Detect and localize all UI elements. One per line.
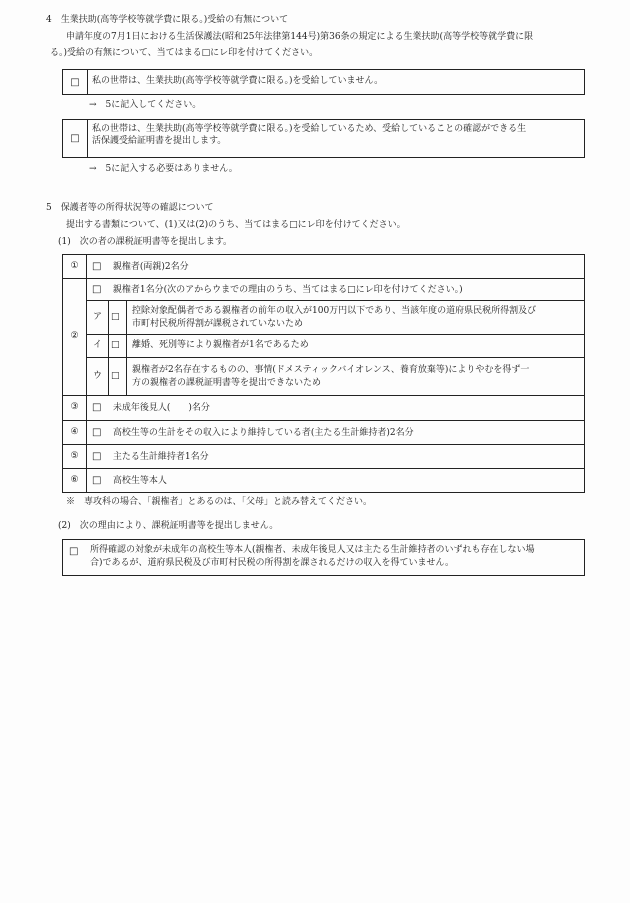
section4-intro-line1: 申請年度の7月1日における生活保護法(昭和25年法律第144号)第36条の規定に… <box>66 32 533 44</box>
sub-label: ア <box>87 301 109 335</box>
row-text-line1: 控除対象配偶者である親権者の前年の収入が100万円以下であり、当該年度の道府県民… <box>132 305 584 318</box>
row-text: 離婚、死別等により親権者が1名であるため <box>127 335 585 358</box>
checkbox[interactable]: □ <box>109 335 127 358</box>
checkbox[interactable]: □ <box>92 260 104 273</box>
section5-heading: 5 保護者等の所得状況等の確認について <box>46 203 214 215</box>
section4-option2-text-line2: 活保護受給証明書を提出します。 <box>92 136 578 148</box>
row-text: 控除対象配偶者である親権者の前年の収入が100万円以下であり、当該年度の道府県民… <box>127 301 585 335</box>
section5-part2-text: 所得確認の対象が未成年の高校生等本人(親権者、未成年後見人又は主たる生計維持者の… <box>90 544 535 569</box>
section5-footnote: ※ 専攻科の場合、「親権者」とあるのは、「父母」と読み替えてください。 <box>66 497 372 509</box>
row-text-line2: 方の親権者の課税証明書等を提出できないため <box>132 377 584 390</box>
row-number: ⑤ <box>63 445 87 469</box>
row-text: 親権者が2名存在するものの、事情(ドメスティックバイオレンス、養育放棄等)により… <box>127 358 585 396</box>
section4-option1-box: □ 私の世帯は、生業扶助(高等学校等就学費に限る。)を受給していません。 <box>62 69 585 95</box>
row-number: ② <box>63 279 87 396</box>
section4-option2-checkbox[interactable]: □ <box>63 120 88 157</box>
table-row-2b: イ □ 離婚、死別等により親権者が1名であるため <box>63 335 585 358</box>
row-content: □ 主たる生計維持者1名分 <box>87 445 585 469</box>
row-number: ③ <box>63 396 87 421</box>
table-row-6: ⑥ □ 高校生等本人 <box>63 469 585 493</box>
table-row-2a: ア □ 控除対象配偶者である親権者の前年の収入が100万円以下であり、当該年度の… <box>63 301 585 335</box>
checkbox[interactable]: □ <box>92 283 104 296</box>
section4-option2-box: □ 私の世帯は、生業扶助(高等学校等就学費に限る。)を受給しているため、受給して… <box>62 119 585 158</box>
row-text: 親権者(両親)2名分 <box>113 262 189 272</box>
section5-intro: 提出する書類について、(1)又は(2)のうち、当てはまる□にレ印を付けてください… <box>66 220 406 232</box>
row-text: 主たる生計維持者1名分 <box>113 452 209 462</box>
section4-option2-text: 私の世帯は、生業扶助(高等学校等就学費に限る。)を受給しているため、受給している… <box>92 124 578 147</box>
section4-option2-note: → 5に記入する必要はありません。 <box>89 164 238 176</box>
row-text: 高校生等本人 <box>113 476 167 486</box>
table-row-2: ② □ 親権者1名分(次のアからウまでの理由のうち、当てはまる□にレ印を付けてく… <box>63 279 585 301</box>
section5-part2-text-line2: 合)であるが、道府県民税及び市町村民税の所得割を課されるだけの収入を得ていません… <box>90 557 535 570</box>
checkbox[interactable]: □ <box>92 401 104 414</box>
table-row-1: ① □ 親権者(両親)2名分 <box>63 255 585 279</box>
row-content: □ 親権者1名分(次のアからウまでの理由のうち、当てはまる□にレ印を付けてくださ… <box>87 279 585 301</box>
section5-part1-heading: (1) 次の者の課税証明書等を提出します。 <box>58 237 232 249</box>
section4-intro-line2: る。)受給の有無について、当てはまる□にレ印を付けてください。 <box>50 48 318 60</box>
checkbox[interactable]: □ <box>92 426 104 439</box>
checkbox[interactable]: □ <box>92 474 104 487</box>
section4-option1-text: 私の世帯は、生業扶助(高等学校等就学費に限る。)を受給していません。 <box>92 76 578 88</box>
table-row-5: ⑤ □ 主たる生計維持者1名分 <box>63 445 585 469</box>
checkbox[interactable]: □ <box>109 358 127 396</box>
sub-label: ウ <box>87 358 109 396</box>
section4-option1-checkbox[interactable]: □ <box>63 70 88 94</box>
sub-label: イ <box>87 335 109 358</box>
row-content: □ 高校生等の生計をその収入により維持している者(主たる生計維持者)2名分 <box>87 421 585 445</box>
row-content: □ 親権者(両親)2名分 <box>87 255 585 279</box>
row-text-line1: 親権者が2名存在するものの、事情(ドメスティックバイオレンス、養育放棄等)により… <box>132 364 584 377</box>
row-number: ① <box>63 255 87 279</box>
row-text-line2: 市町村民税所得割が課税されていないため <box>132 318 584 331</box>
section5-part2-checkbox[interactable]: □ <box>69 545 78 558</box>
table-row-2c: ウ □ 親権者が2名存在するものの、事情(ドメスティックバイオレンス、養育放棄等… <box>63 358 585 396</box>
checkbox[interactable]: □ <box>109 301 127 335</box>
section4-heading: 4 生業扶助(高等学校等就学費に限る。)受給の有無について <box>46 15 288 27</box>
table-row-4: ④ □ 高校生等の生計をその収入により維持している者(主たる生計維持者)2名分 <box>63 421 585 445</box>
section5-part2-text-line1: 所得確認の対象が未成年の高校生等本人(親権者、未成年後見人又は主たる生計維持者の… <box>90 544 535 557</box>
row-number: ⑥ <box>63 469 87 493</box>
row-text: 高校生等の生計をその収入により維持している者(主たる生計維持者)2名分 <box>113 428 414 438</box>
section4-option1-note: → 5に記入してください。 <box>89 100 201 112</box>
row-text: 親権者1名分(次のアからウまでの理由のうち、当てはまる□にレ印を付けてください。… <box>113 285 463 295</box>
row-number: ④ <box>63 421 87 445</box>
section5-part2-heading: (2) 次の理由により、課税証明書等を提出しません。 <box>58 521 278 533</box>
row-text: 未成年後見人( )名分 <box>113 403 210 413</box>
table-row-3: ③ □ 未成年後見人( )名分 <box>63 396 585 421</box>
row-content: □ 高校生等本人 <box>87 469 585 493</box>
row-content: □ 未成年後見人( )名分 <box>87 396 585 421</box>
section4-option2-text-line1: 私の世帯は、生業扶助(高等学校等就学費に限る。)を受給しているため、受給している… <box>92 124 578 136</box>
taxation-certificate-table: ① □ 親権者(両親)2名分 ② □ 親権者1名分(次のアからウまでの理由のうち… <box>62 254 585 493</box>
checkbox[interactable]: □ <box>92 450 104 463</box>
section5-part2-box: □ 所得確認の対象が未成年の高校生等本人(親権者、未成年後見人又は主たる生計維持… <box>62 539 585 576</box>
